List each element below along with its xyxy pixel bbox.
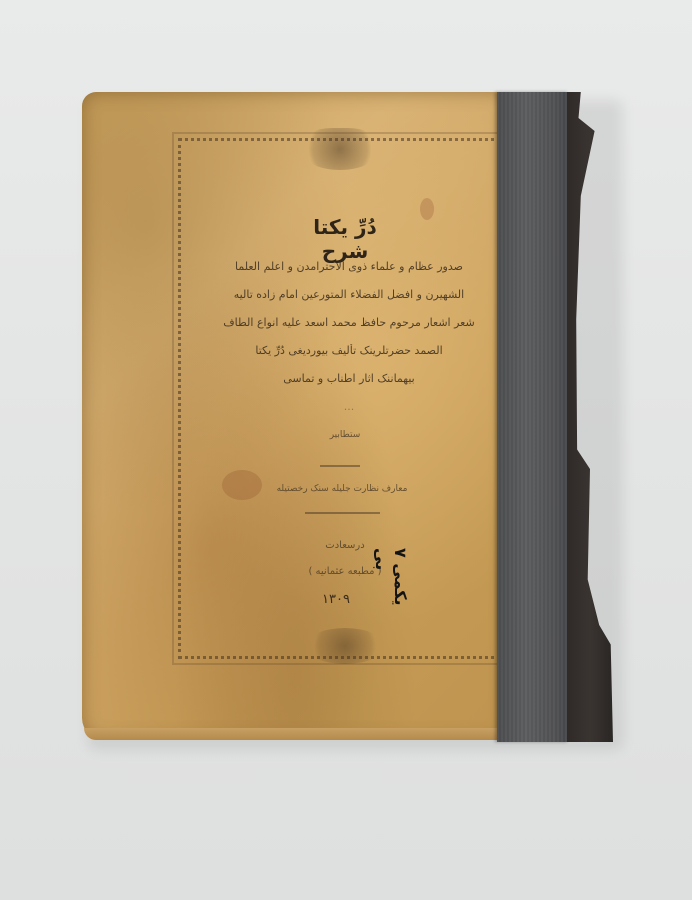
city: درسعادت [310,540,380,551]
sub-heading: ستطابیر [300,430,390,440]
publisher-line: معارف نظارت جلیله سنک رخصتیله [262,484,422,494]
cover-text-line: شعر اشعار مرحوم حافظ محمد اسعد علیه انوا… [208,316,490,329]
divider [305,512,380,514]
bottom-ornament [305,628,385,664]
book-title: دُرِّ یکتا شرح [300,215,390,263]
cover-text-line: ... [208,400,490,413]
cover-text-line: بیهماننک اثار اطناب و تماسی [208,372,490,385]
handwritten-ink-note: یکمی ۷ بی [380,548,410,623]
cover-text-line: الصمد حضرتلرینک تألیف بیوردیغی دُرِّ یکت… [208,344,490,357]
cover-text-line: الشهیرن و افضل الفضلاء المتورعین امام زا… [208,288,490,301]
divider [320,465,360,467]
cloth-spine [497,92,569,742]
page-edges [84,728,514,740]
publication-year: ١٣٠٩ [322,592,350,607]
top-ornament [300,128,380,170]
cover-text-line: صدور عظام و علماء ذوی الاحترامدن و اعلم … [208,260,490,273]
